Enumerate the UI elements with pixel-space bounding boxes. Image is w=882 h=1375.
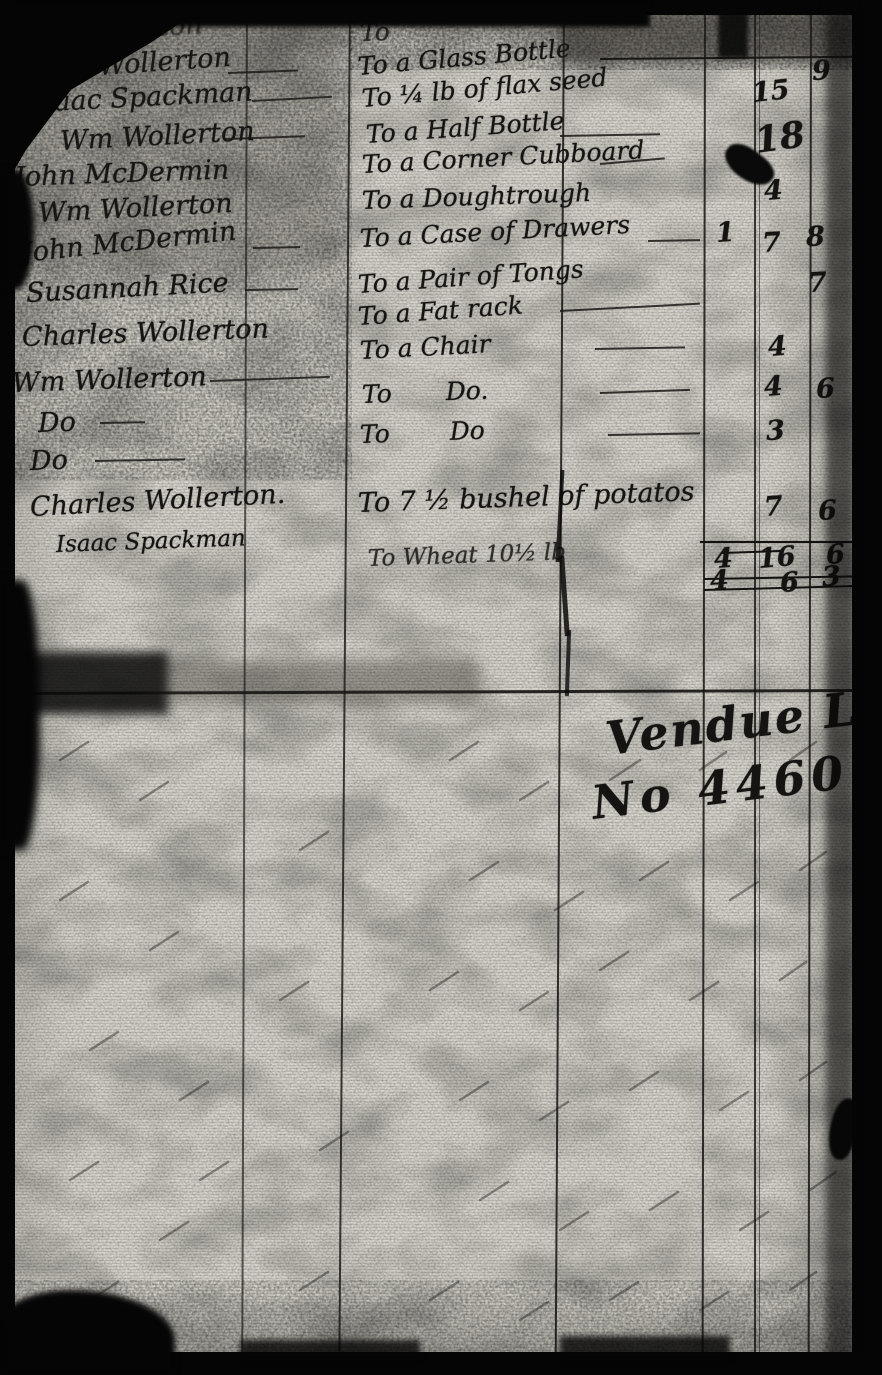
money-column-rule-shillings-double bbox=[759, 0, 760, 1375]
price-shillings: 3 bbox=[765, 415, 785, 447]
price-pence: 8 bbox=[805, 221, 825, 253]
ledger-name: Do bbox=[29, 445, 68, 477]
left-smudge-band bbox=[28, 652, 168, 714]
ledger-item: To Do bbox=[359, 416, 485, 449]
price-shillings: 7 bbox=[761, 227, 781, 259]
left-edge-bulge-2 bbox=[0, 580, 40, 850]
price-shillings: 4 bbox=[767, 331, 788, 363]
price-pounds: 1 bbox=[715, 217, 736, 249]
price-shillings: 7 bbox=[763, 491, 784, 523]
struck-price-pounds: 4 bbox=[709, 565, 730, 597]
price-pence: 7 bbox=[807, 267, 827, 299]
struck-price-shillings: 6 bbox=[779, 567, 800, 599]
price-shillings: 15 bbox=[750, 74, 791, 109]
price-shillings: 4 bbox=[763, 371, 784, 403]
ledger-name: Do bbox=[37, 407, 76, 439]
bottom-smudge-1 bbox=[240, 1340, 420, 1360]
scan-border-right bbox=[852, 0, 882, 1375]
money-column-rule-shillings bbox=[754, 0, 756, 1375]
ledger-item: To Do. bbox=[361, 376, 488, 409]
mid-smudge-band bbox=[150, 660, 480, 704]
right-edge-shadow bbox=[826, 0, 854, 1375]
left-edge-bulge-1 bbox=[0, 170, 34, 290]
scanned-ledger-page: Wollerton John Wollerton Isaac Spackman … bbox=[0, 0, 882, 1375]
bottom-smudge-2 bbox=[560, 1336, 730, 1360]
